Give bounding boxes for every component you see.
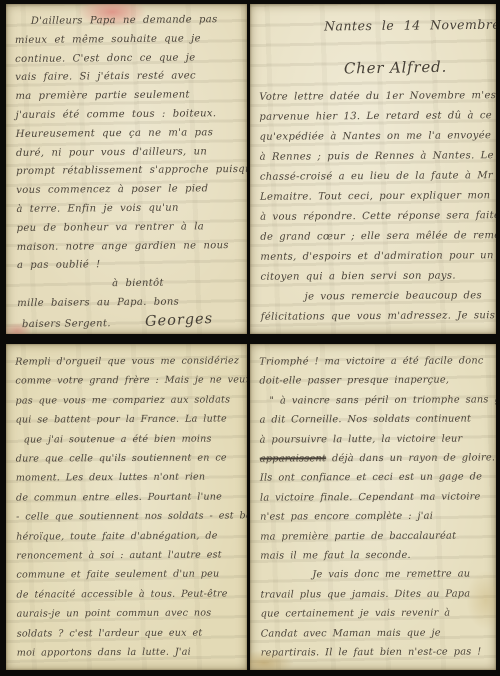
handwritten-line: je vous remercie beaucoup des (261, 286, 493, 308)
handwritten-line: ma première partie seulement (15, 86, 242, 107)
handwritten-line: " à vaincre sans péril on triomphe sans … (259, 390, 491, 411)
handwritten-line: prompt rétablissement s'approche puisque (16, 161, 243, 182)
handwritten-line: duré, ni pour vous d'ailleurs, un (16, 143, 243, 164)
handwritten-line: comme votre grand frère : Mais je ne veu… (15, 371, 242, 392)
handwritten-line: repartirais. Il le faut bien n'est-ce pa… (261, 642, 493, 663)
closing-text: baisers Sergent. (22, 318, 111, 330)
handwritten-line: soldats ? c'est l'ardeur que eux et (17, 623, 244, 644)
handwriting-block: D'ailleurs Papa ne demande pasmieux et m… (6, 4, 247, 314)
handwritten-line: moment. Les deux luttes n'ont rien (16, 468, 243, 489)
handwritten-line: que certainement je vais revenir à (261, 604, 493, 625)
handwriting-block: Rempli d'orgueil que vous me considériez… (6, 344, 247, 663)
handwritten-line: doit-elle passer presque inaperçue, (259, 371, 491, 392)
handwritten-line: vous commencez à poser le pied (16, 180, 243, 201)
handwritten-line: qui se battent pour la France. La lutte (16, 410, 243, 431)
handwritten-line: n'est pas encore complète : j'ai (260, 507, 492, 528)
handwritten-line: ma première partie de baccalauréat (260, 526, 492, 547)
handwritten-line: Votre lettre datée du 1er Novembre m'est (259, 86, 491, 108)
handwritten-line: Candat avec Maman mais que je (261, 623, 493, 644)
handwritten-line: a pas oublié ! (17, 255, 244, 276)
handwritten-line: peu de bonheur va rentrer à la (17, 218, 244, 239)
letter-page-bottom-right: Triomphé ! ma victoire a été facile donc… (250, 344, 496, 670)
handwritten-line: - celle que soutiennent nos soldats - es… (16, 507, 243, 528)
handwritten-line: continue. C'est donc ce que je (15, 49, 242, 70)
handwriting-block: Votre lettre datée du 1er Novembre m'est… (250, 82, 496, 328)
struck-word: apparaissent (260, 453, 326, 464)
handwritten-line: travail plus que jamais. Dites au Papa (260, 584, 492, 605)
handwritten-line: commune et faite seulement d'un peu (16, 565, 243, 586)
handwritten-line: aurais-je un point commun avec nos (17, 604, 244, 625)
scanned-letter-sheet: D'ailleurs Papa ne demande pasmieux et m… (0, 0, 500, 676)
handwritten-line: ments, d'espoirs et d'admiration pour un (260, 246, 492, 268)
handwritten-line: mais il me faut la seconde. (260, 545, 492, 566)
letter-page-top-right: Nantes le 14 Novembre 1914. Cher Alfred.… (250, 4, 496, 334)
handwritten-line: Heureusement que ça ne m'a pas (16, 124, 243, 145)
handwritten-line: héroïque, toute faite d'abnégation, de (16, 526, 243, 547)
handwritten-line: renoncement à soi : autant l'autre est (16, 545, 243, 566)
line-text: déjà dans un rayon de gloire. (326, 452, 495, 464)
letter-page-bottom-left: Rempli d'orgueil que vous me considériez… (6, 344, 247, 670)
handwriting-block: Triomphé ! ma victoire a été facile donc… (250, 344, 496, 663)
handwritten-line: de grand cœur ; elle sera mêlée de remer… (260, 226, 492, 248)
handwritten-line: qu'expédiée à Nantes on me l'a envoyée (259, 126, 491, 148)
handwritten-line: a dit Corneille. Nos soldats continuent (260, 410, 492, 431)
handwritten-line: félicitations que vous m'adressez. Je su… (261, 306, 493, 328)
handwritten-line: Rempli d'orgueil que vous me considériez (15, 351, 242, 372)
salutation: Cher Alfred. (250, 57, 496, 79)
handwritten-line: à vous répondre. Cette réponse sera fait… (260, 206, 492, 228)
handwritten-line: à bientôt (17, 274, 244, 295)
letter-page-top-left: D'ailleurs Papa ne demande pasmieux et m… (6, 4, 247, 334)
handwritten-line: que j'ai soutenue a été bien moins (16, 429, 243, 450)
handwritten-line: vais faire. Si j'étais resté avec (15, 67, 242, 88)
handwritten-line: maison. notre ange gardien ne nous (17, 237, 244, 258)
handwritten-line: D'ailleurs Papa ne demande pas (15, 11, 242, 32)
handwritten-line: moi apportons dans la lutte. J'ai (17, 642, 244, 663)
handwritten-line: parvenue hier 13. Le retard est dû à ce (259, 106, 491, 128)
handwritten-line: citoyen qui a bien servi son pays. (260, 266, 492, 288)
handwritten-line: Ils ont confiance et ceci est un gage de (260, 468, 492, 489)
handwritten-line: j'aurais été comme tous : boiteux. (16, 105, 243, 126)
signature: Georges (145, 311, 214, 330)
handwritten-line: la victoire finale. Cependant ma victoir… (260, 487, 492, 508)
date-line: Nantes le 14 Novembre 1914. (250, 4, 496, 34)
handwritten-line: mieux et même souhaite que je (15, 30, 242, 51)
handwritten-line: dure que celle qu'ils soutiennent en ce (16, 448, 243, 469)
handwritten-line: à poursuivre la lutte, la victoire leur (260, 429, 492, 450)
handwritten-line: Je vais donc me remettre au (260, 565, 492, 586)
handwritten-line: Triomphé ! ma victoire a été facile donc (259, 351, 491, 372)
handwritten-line: à terre. Enfin je vois qu'un (16, 199, 243, 220)
handwritten-line: de commun entre elles. Pourtant l'une (16, 487, 243, 508)
closing-row: baisers Sergent. Georges (6, 311, 247, 330)
handwritten-line: de ténacité accessible à tous. Peut-être (16, 584, 243, 605)
handwritten-line: Lemaitre. Tout ceci, pour expliquer mon … (260, 186, 492, 208)
handwritten-line: chassé-croisé a eu lieu de la faute à Mr (260, 166, 492, 188)
handwritten-line: apparaissent déjà dans un rayon de gloir… (260, 448, 492, 469)
handwritten-line: à Rennes ; puis de Rennes à Nantes. Le (260, 146, 492, 168)
handwritten-line: pas que vous me compariez aux soldats (15, 390, 242, 411)
